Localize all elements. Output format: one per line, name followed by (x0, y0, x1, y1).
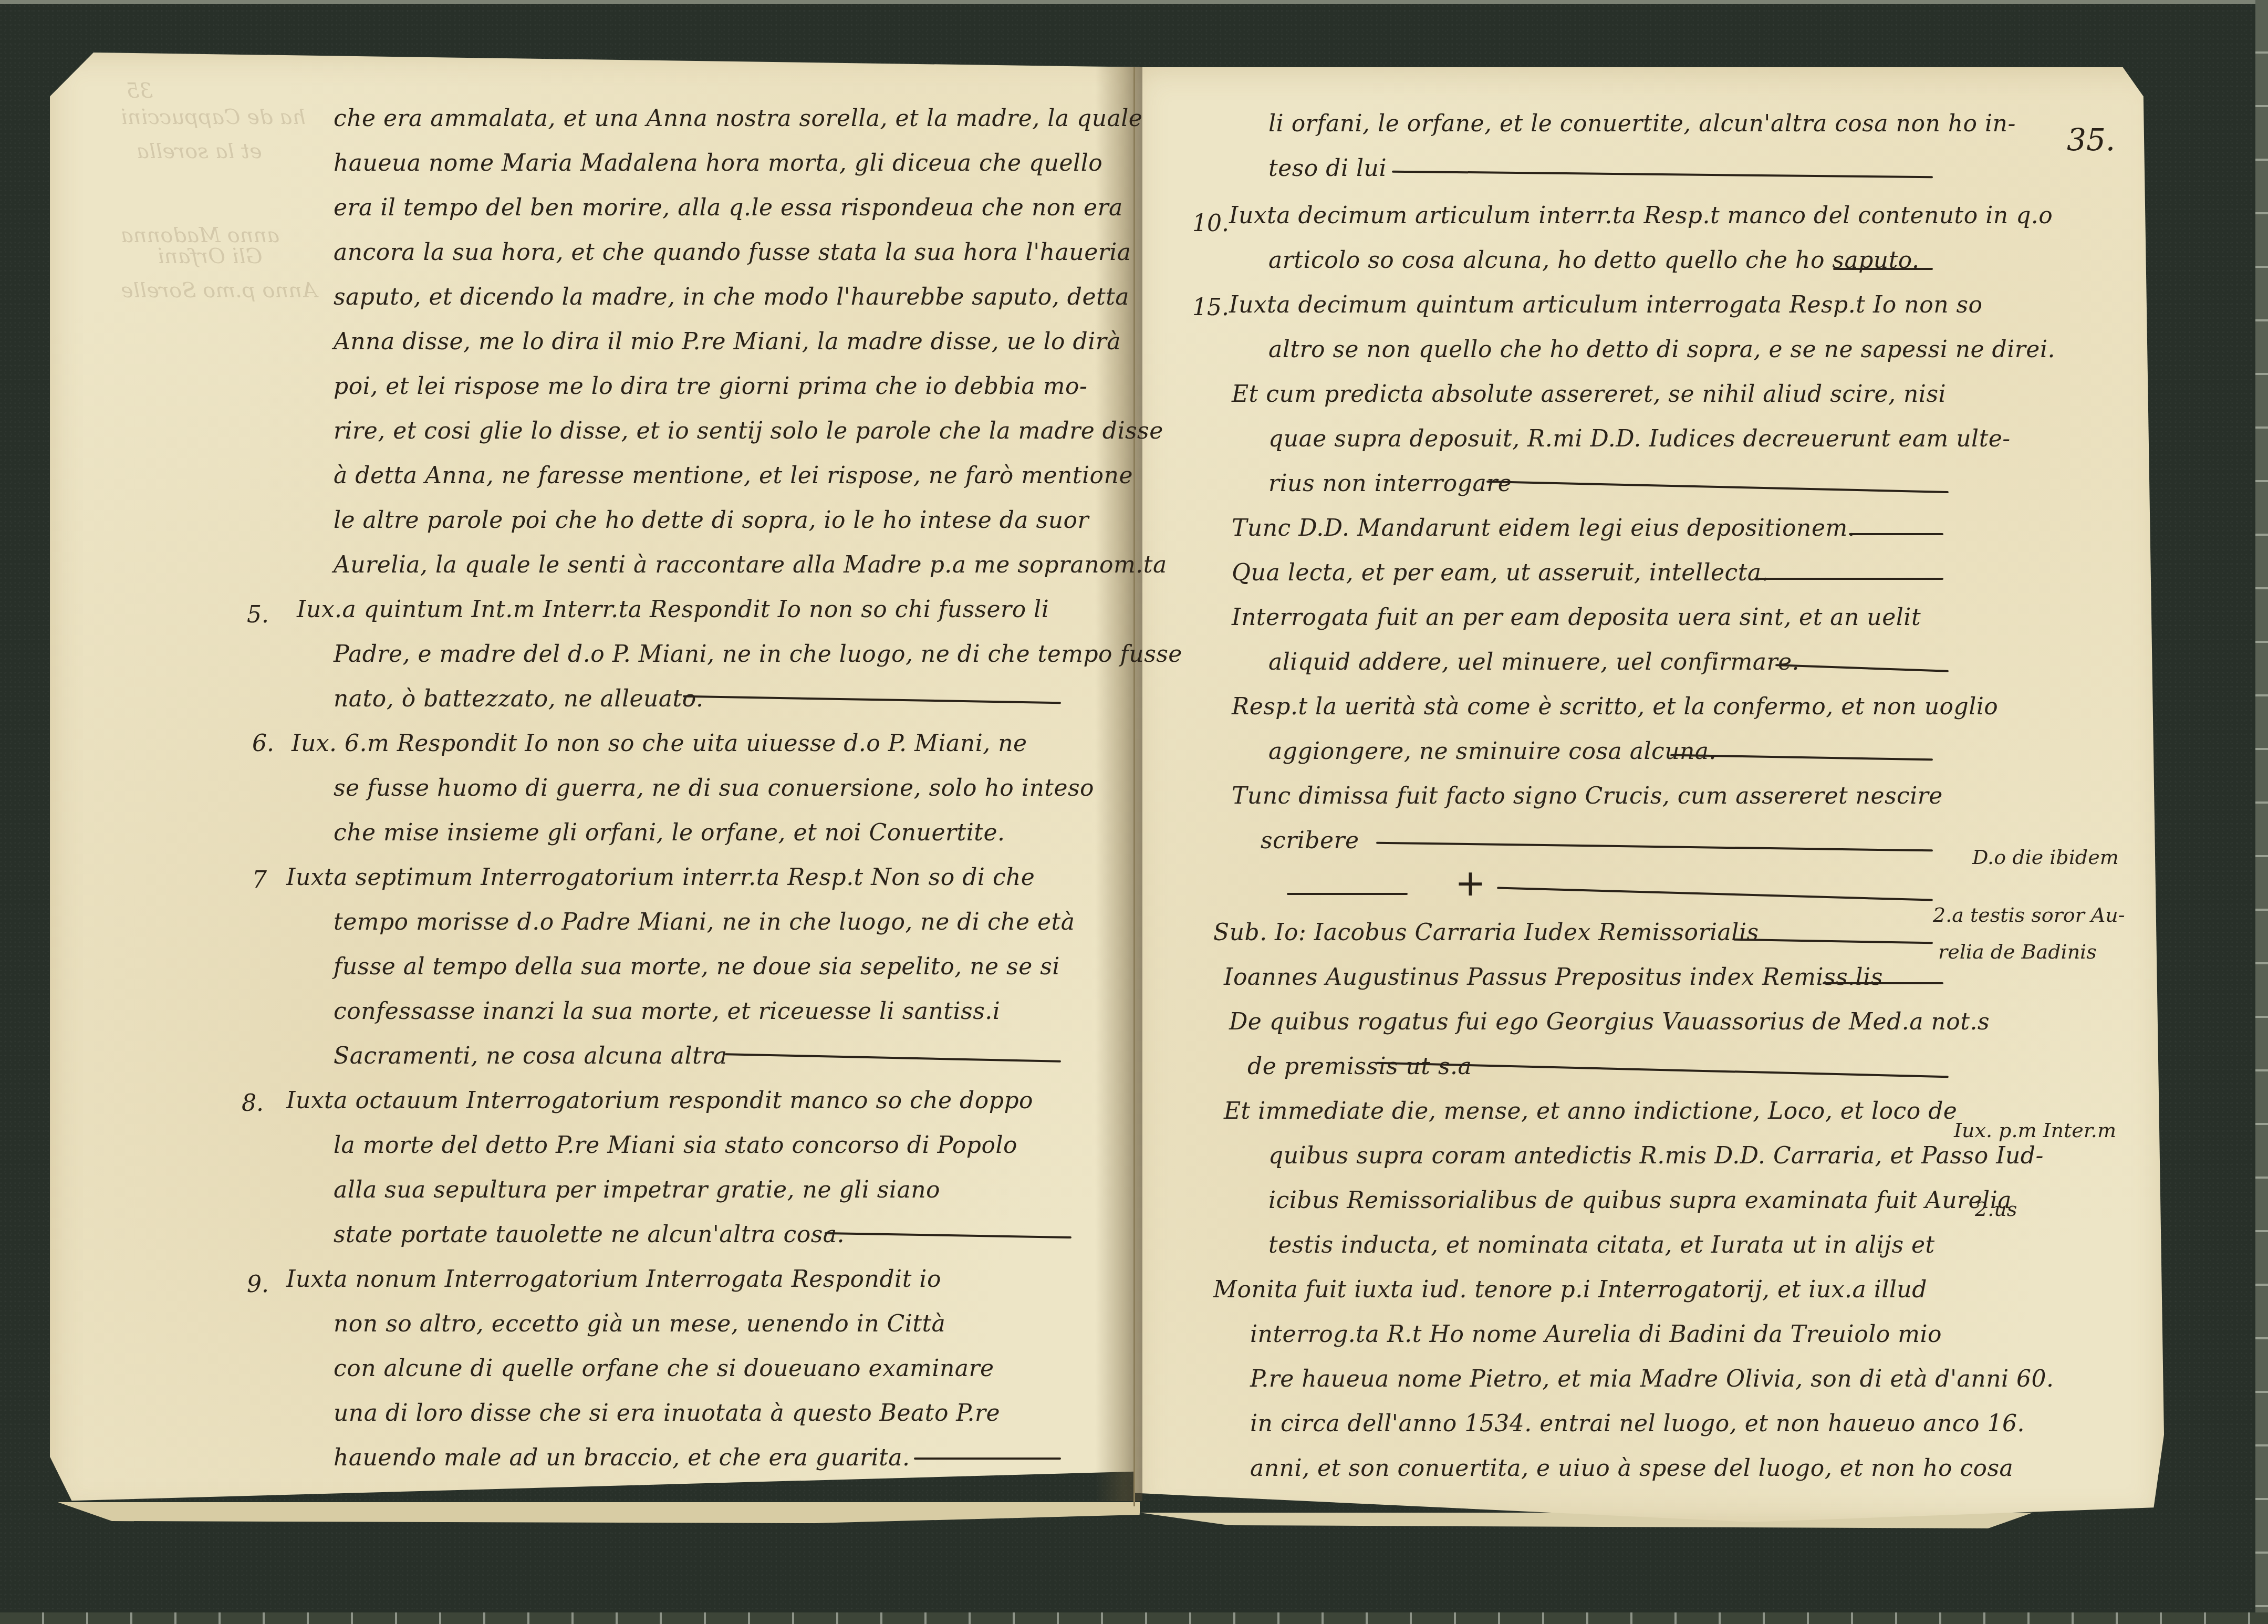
manuscript-line: alla sua sepultura per impetrar gratie, … (334, 1177, 940, 1203)
manuscript-line: rire, et cosi glie lo disse, et io senti… (334, 418, 1163, 444)
manuscript-line: haueua nome Maria Madalena hora morta, g… (334, 150, 1102, 176)
manuscript-line: Monita fuit iuxta iud. tenore p.i Interr… (1213, 1276, 1927, 1303)
manuscript-line: anni, et son conuertita, e uiuo à spese … (1250, 1455, 2013, 1482)
article-number: 7 (252, 867, 267, 893)
line-filler-rule (1833, 268, 1933, 270)
manuscript-line: non so altro, eccetto già un mese, uenen… (334, 1310, 945, 1337)
manuscript-line: con alcune di quelle orfane che si doueu… (334, 1355, 994, 1382)
manuscript-line: rius non interrogare (1268, 470, 1512, 497)
manuscript-line: Resp.t la uerità stà come è scritto, et … (1232, 693, 1998, 720)
manuscript-line: Interrogata fuit an per eam deposita uer… (1232, 604, 1921, 631)
manuscript-line: se fusse huomo di guerra, ne di sua conu… (334, 775, 1094, 801)
manuscript-line: che era ammalata, et una Anna nostra sor… (334, 105, 1142, 132)
folio-number: 35. (2067, 122, 2115, 158)
manuscript-line: quibus supra coram antedictis R.mis D.D.… (1268, 1142, 2044, 1169)
bleed-through-text: 35 (126, 79, 153, 103)
manuscript-line: li orfani, le orfane, et le conuertite, … (1268, 110, 2016, 137)
scale-ruler-top (0, 0, 2268, 4)
manuscript-line: quae supra deposuit, R.mi D.D. Iudices d… (1268, 425, 2011, 452)
manuscript-line: Qua lecta, et per eam, ut asseruit, inte… (1232, 559, 1769, 586)
manuscript-line: Iuxta octauum Interrogatorium respondit … (286, 1087, 1033, 1114)
article-number: 8. (242, 1090, 264, 1117)
scale-ruler-right (2255, 0, 2268, 1624)
bleed-through-text: Gli Orfani (158, 244, 262, 268)
margin-note: D.o die ibidem (1972, 846, 2119, 869)
manuscript-line: che mise insieme gli orfani, le orfane, … (334, 819, 1005, 846)
manuscript-line: le altre parole poi che ho dette di sopr… (334, 507, 1089, 534)
manuscript-line: Et cum predicta absolute assereret, se n… (1232, 381, 1946, 408)
manuscript-line: icibus Remissorialibus de quibus supra e… (1268, 1187, 2012, 1214)
manuscript-line: Tunc dimissa fuit facto signo Crucis, cu… (1232, 783, 1943, 809)
manuscript-line: Anna disse, me lo dira il mio P.re Miani… (334, 328, 1121, 355)
manuscript-line: la morte del detto P.re Miani sia stato … (334, 1132, 1017, 1159)
manuscript-line: altro se non quello che ho detto di sopr… (1268, 336, 2055, 363)
margin-note: relia de Badinis (1938, 940, 2097, 963)
article-number: 5. (247, 601, 269, 628)
manuscript-line: tempo morisse d.o Padre Miani, ne in che… (334, 909, 1075, 935)
manuscript-line: saputo, et dicendo la madre, in che modo… (334, 284, 1129, 310)
manuscript-line: ancora la sua hora, et che quando fusse … (334, 239, 1131, 266)
margin-note: 2.a testis soror Au- (1933, 903, 2125, 926)
line-filler-rule (1823, 982, 1943, 984)
manuscript-line: Iuxta nonum Interrogatorium Interrogata … (286, 1266, 941, 1293)
manuscript-line: una di loro disse che si era inuotata à … (334, 1400, 1000, 1427)
manuscript-line: Ioannes Augustinus Passus Prepositus ind… (1224, 964, 1883, 991)
bleed-through-text: ha de Cappuccini (121, 105, 306, 129)
gutter-shadow (1095, 67, 1142, 1501)
margin-note: 2.us (1975, 1198, 2017, 1221)
manuscript-line: in circa dell'anno 1534. entrai nel luog… (1250, 1410, 2025, 1437)
manuscript-line: Padre, e madre del d.o P. Miani, ne in c… (334, 641, 1182, 668)
manuscript-line: state portate tauolette ne alcun'altra c… (334, 1221, 845, 1248)
manuscript-line: Iux. 6.m Respondit Io non so che uita ui… (292, 730, 1027, 757)
manuscript-line: confessasse inanzi la sua morte, et rice… (334, 998, 1000, 1025)
article-number: 9. (247, 1271, 269, 1298)
manuscript-line: Iux.a quintum Int.m Interr.ta Respondit … (297, 596, 1049, 623)
manuscript-line: De quibus rogatus fui ego Georgius Vauas… (1229, 1008, 1990, 1035)
manuscript-line: Iuxta decimum articulum interr.ta Resp.t… (1229, 202, 2053, 229)
manuscript-line: poi, et lei rispose me lo dira tre giorn… (334, 373, 1087, 400)
manuscript-line: à detta Anna, ne faresse mentione, et le… (334, 462, 1133, 489)
cross-mark: + (1455, 861, 1486, 904)
manuscript-line: Sacramenti, ne cosa alcuna altra (334, 1043, 727, 1069)
manuscript-line: Iuxta decimum quintum articulum interrog… (1229, 292, 1983, 318)
manuscript-line: P.re haueua nome Pietro, et mia Madre Ol… (1250, 1366, 2054, 1392)
manuscript-line: aliquid addere, uel minuere, uel confirm… (1268, 649, 1799, 675)
manuscript-line: interrog.ta R.t Ho nome Aurelia di Badin… (1250, 1321, 1942, 1348)
line-filler-rule (1754, 578, 1943, 580)
line-filler-rule (1849, 533, 1943, 535)
manuscript-line: scribere (1261, 827, 1359, 854)
manuscript-line: nato, ò battezzato, ne alleuato. (334, 685, 703, 712)
article-number: 10. (1192, 210, 1229, 237)
article-number: 15. (1192, 294, 1229, 321)
bleed-through-text: et la sorella (137, 139, 262, 163)
book-gutter (1133, 67, 1135, 1506)
scale-ruler-bottom (0, 1612, 2268, 1624)
manuscript-line: articolo so cosa alcuna, ho detto quello… (1268, 247, 1920, 274)
manuscript-line: Tunc D.D. Mandarunt eidem legi eius depo… (1232, 515, 1855, 542)
manuscript-line: hauendo male ad un braccio, et che era g… (334, 1444, 910, 1471)
manuscript-line: era il tempo del ben morire, alla q.le e… (334, 194, 1123, 221)
manuscript-line: Iuxta septimum Interrogatorium interr.ta… (286, 864, 1035, 891)
separator-rule (1287, 893, 1408, 895)
bleed-through-text: Anno p.mo Sorelle (121, 278, 317, 303)
manuscript-line: teso di lui (1268, 155, 1387, 182)
manuscript-line: Aurelia, la quale le senti à raccontare … (334, 551, 1167, 578)
line-filler-rule (914, 1458, 1061, 1460)
margin-note: Iux. p.m Inter.m (1954, 1119, 2116, 1142)
manuscript-line: aggiongere, ne sminuire cosa alcuna. (1268, 738, 1716, 765)
manuscript-line: testis inducta, et nominata citata, et I… (1268, 1232, 1935, 1258)
manuscript-line: Et immediate die, mense, et anno indicti… (1224, 1098, 1957, 1125)
manuscript-line: fusse al tempo della sua morte, ne doue … (334, 953, 1060, 980)
manuscript-line: de premissis ut s.a (1247, 1053, 1472, 1080)
manuscript-line: Sub. Io: Iacobus Carraria Iudex Remissor… (1213, 919, 1759, 946)
article-number: 6. (252, 730, 274, 757)
